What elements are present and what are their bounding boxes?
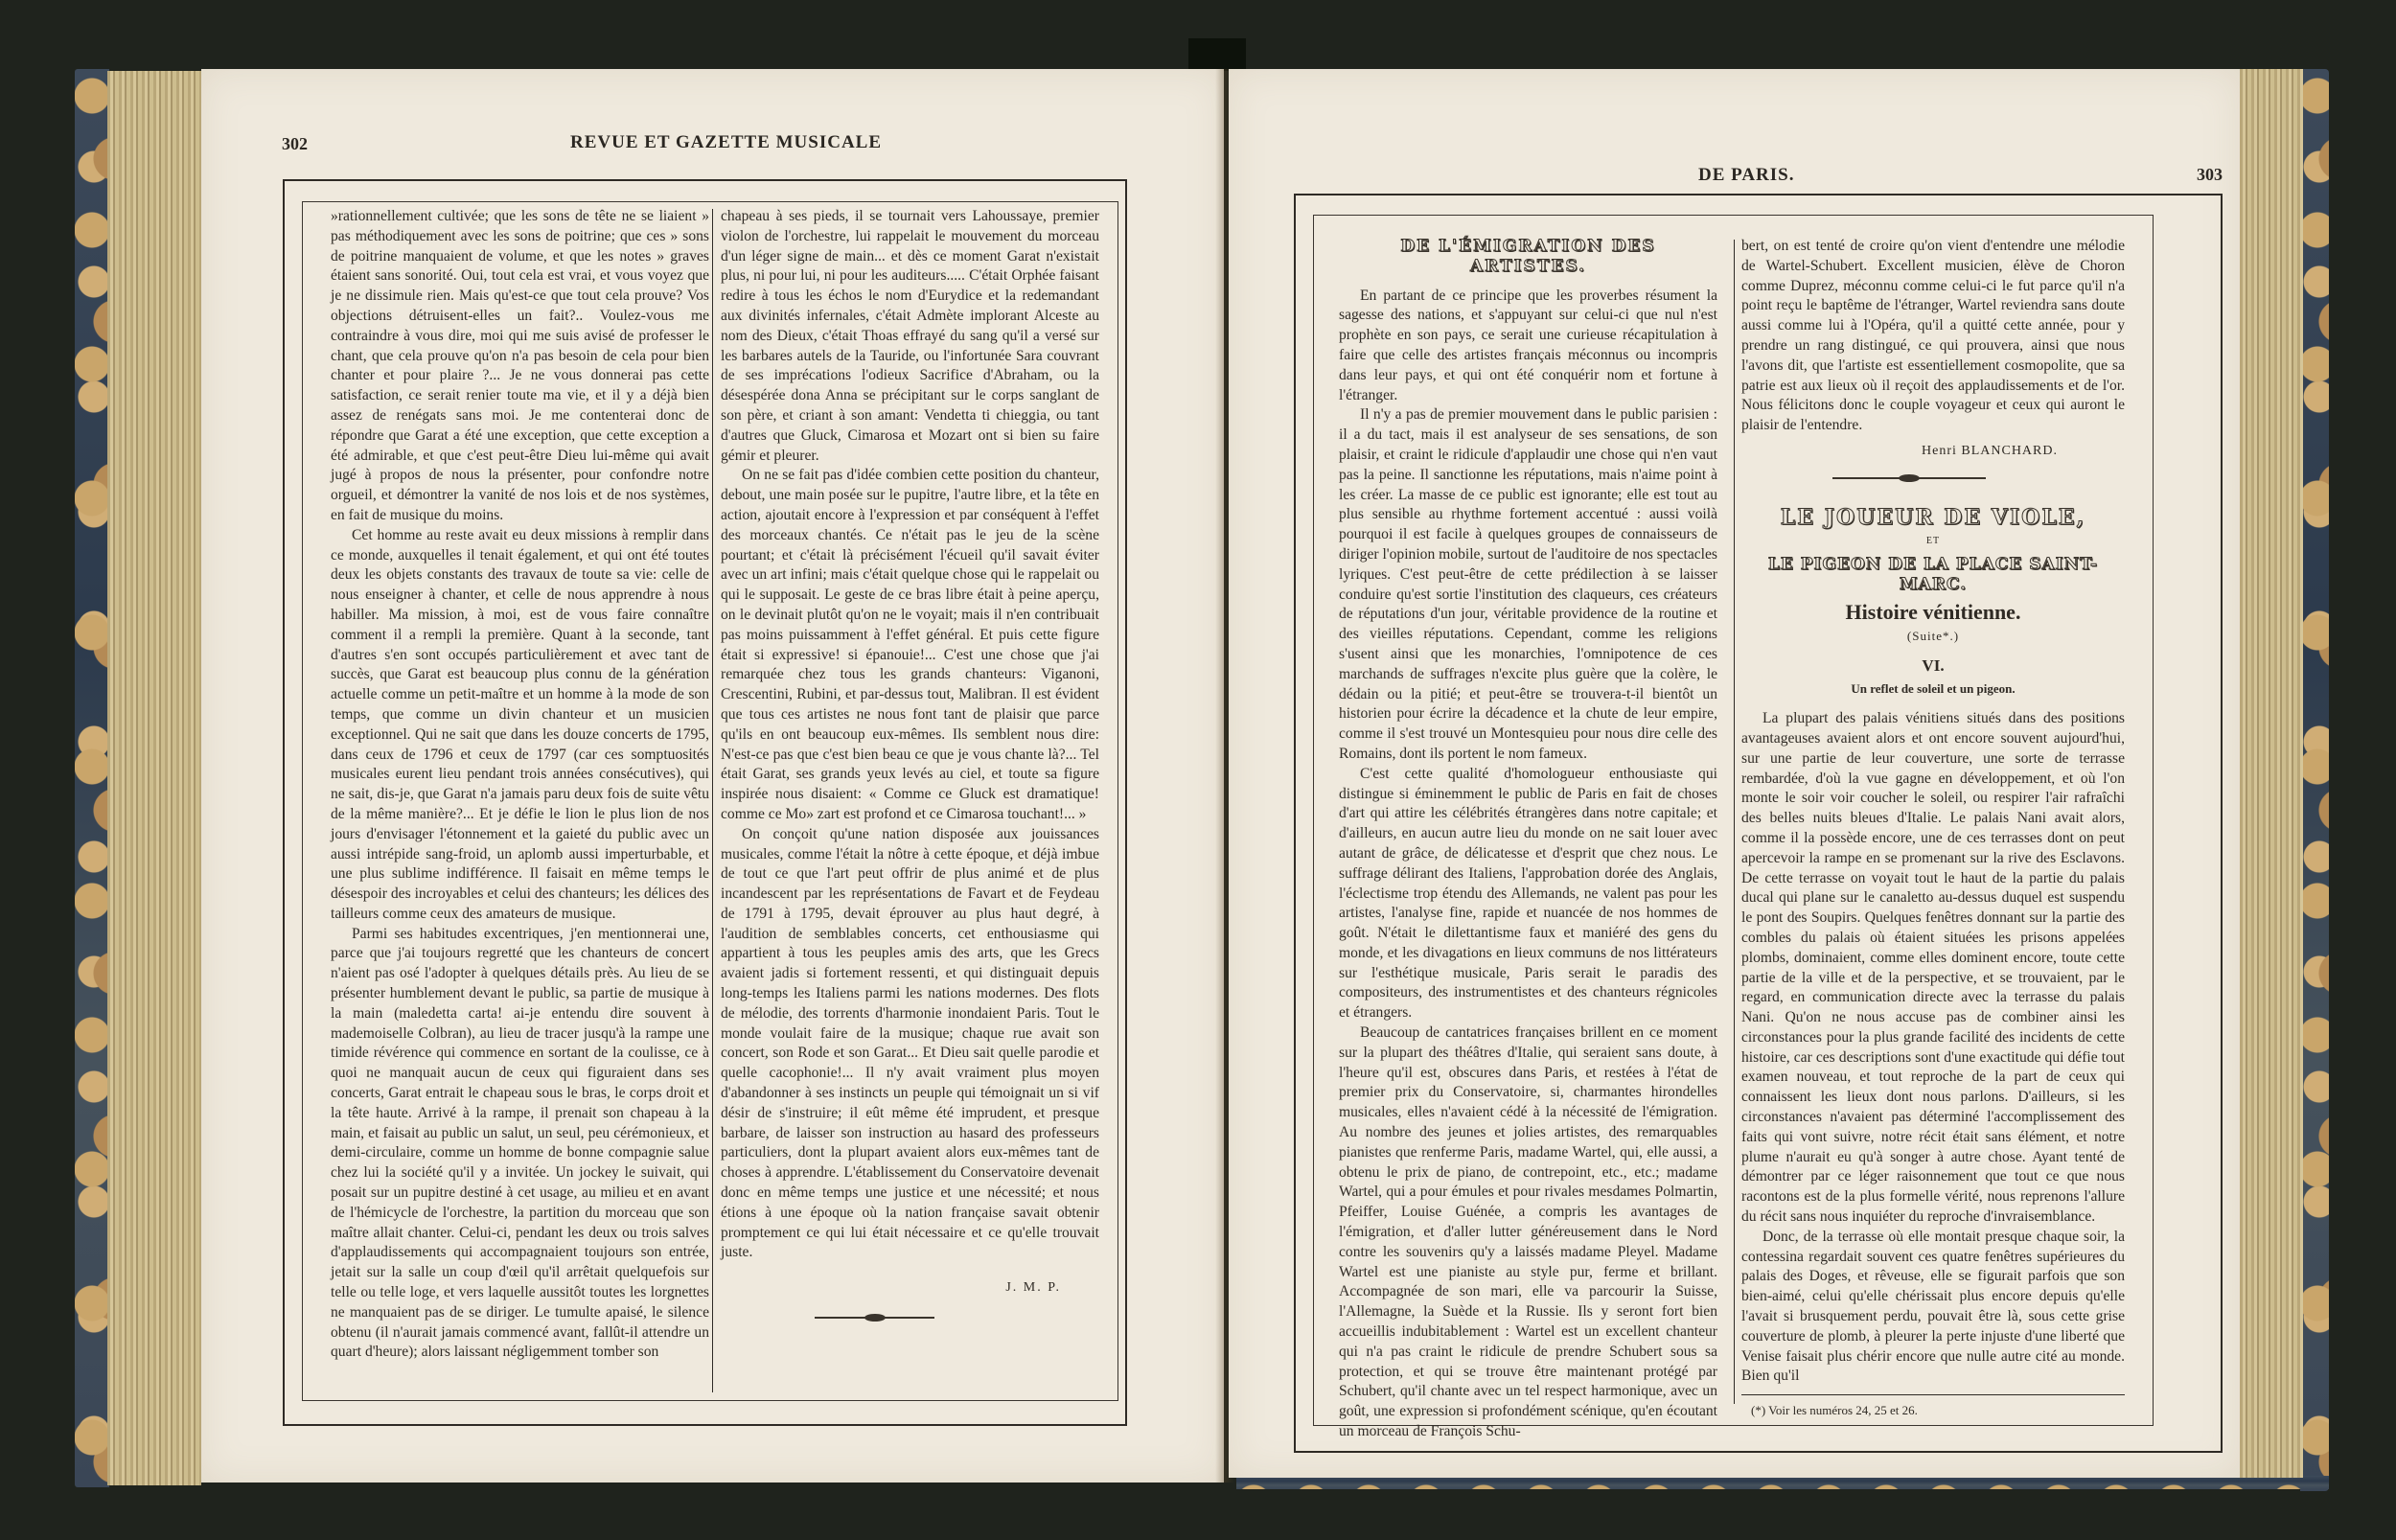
paragraph: Beaucoup de cantatrices françaises brill… — [1339, 1023, 1717, 1442]
story-title-conjunction: ET — [1741, 532, 2125, 552]
suite-note: (Suite*.) — [1741, 627, 2125, 647]
paragraph: En partant de ce principe que les prover… — [1339, 287, 1717, 406]
left-page-edges — [107, 71, 201, 1485]
right-page-edges — [2240, 69, 2303, 1478]
left-book-cover — [75, 69, 109, 1487]
chapter-title: Un reflet de soleil et un pigeon. — [1741, 679, 2125, 700]
paragraph: Cet homme au reste avait eu deux mission… — [331, 526, 709, 925]
story-subtitle: Histoire vénitienne. — [1741, 603, 2125, 623]
paragraph: La plupart des palais vénitiens situés d… — [1741, 709, 2125, 1228]
footnote-rule — [1741, 1394, 2125, 1395]
paragraph: chapeau à ses pieds, il se tournait vers… — [721, 207, 1099, 466]
story-title-line1: LE JOUEUR DE VIOLE, — [1741, 508, 2125, 528]
bottom-book-cover — [1236, 1476, 2329, 1489]
column-divider — [1734, 240, 1735, 1404]
right-page: DE PARIS. 303 DE L'ÉMIGRATION DES ARTIST… — [1229, 69, 2240, 1478]
author-signature: Henri BLANCHARD. — [1741, 442, 2125, 462]
paragraph: bert, on est tenté de croire qu'on vient… — [1741, 237, 2125, 436]
paragraph: »rationnellement cultivée; que les sons … — [331, 207, 709, 526]
paragraph: Donc, de la terrasse où elle montait pre… — [1741, 1228, 2125, 1387]
section-divider — [1741, 462, 2125, 491]
running-head: REVUE ET GAZETTE MUSICALE — [570, 132, 882, 153]
chapter-number: VI. — [1741, 656, 2125, 677]
column-divider — [712, 209, 713, 1392]
paragraph: On conçoit qu'une nation disposée aux jo… — [721, 825, 1099, 1264]
page-number: 303 — [2197, 165, 2223, 185]
footnote: (*) Voir les numéros 24, 25 et 26. — [1741, 1401, 2125, 1421]
text-column-1: DE L'ÉMIGRATION DES ARTISTES. En partant… — [1339, 237, 1717, 1442]
paragraph: Il n'y a pas de premier mouvement dans l… — [1339, 405, 1717, 764]
right-book-cover — [2300, 69, 2329, 1491]
story-title-line2: LE PIGEON DE LA PLACE SAINT-MARC. — [1741, 555, 2125, 595]
section-ornament — [815, 1315, 934, 1321]
article-title: DE L'ÉMIGRATION DES ARTISTES. — [1339, 237, 1717, 277]
paragraph: C'est cette qualité d'homologueur enthou… — [1339, 765, 1717, 1023]
paragraph: On ne se fait pas d'idée combien cette p… — [721, 466, 1099, 824]
section-ornament — [1832, 475, 1986, 481]
text-column-2: chapeau à ses pieds, il se tournait vers… — [721, 207, 1099, 1299]
text-column-1: »rationnellement cultivée; que les sons … — [331, 207, 709, 1363]
text-column-2: bert, on est tenté de croire qu'on vient… — [1741, 237, 2125, 1421]
running-head: DE PARIS. — [1698, 165, 1795, 186]
paragraph: Parmi ses habitudes excentriques, j'en m… — [331, 925, 709, 1364]
author-signature: J. M. P. — [721, 1278, 1099, 1299]
page-number: 302 — [282, 134, 308, 154]
left-page: 302 REVUE ET GAZETTE MUSICALE »rationnel… — [201, 69, 1224, 1483]
spine-shadow — [1188, 38, 1246, 71]
